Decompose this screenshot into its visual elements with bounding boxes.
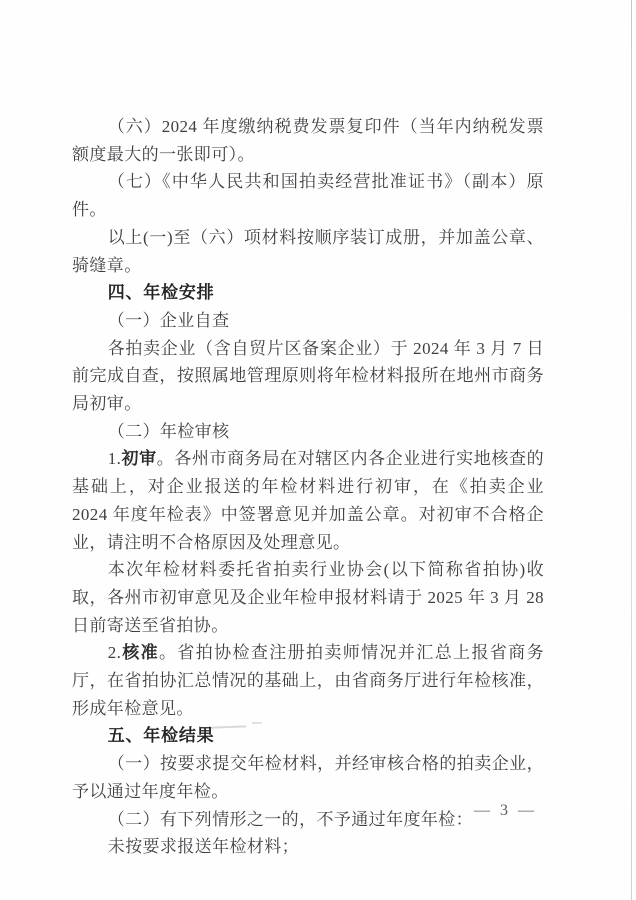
paragraph-binding-note: 以上(一)至（六）项材料按顺序装订成册，并加盖公章、骑缝章。 (72, 224, 544, 279)
item-emphasis: 初审 (121, 449, 156, 468)
section-heading-4: 四、年检安排 (72, 279, 544, 307)
paragraph-fail-item: 未按要求报送年检材料； (72, 833, 544, 861)
scan-artifact-mark (252, 722, 262, 724)
item-number: 1. (108, 449, 122, 468)
paragraph-self-check: 各拍卖企业（含自贸片区备案企业）于 2024 年 3 月 7 日前完成自查，按照… (72, 335, 544, 418)
subheading-enterprise-self-check: （一）企业自查 (72, 307, 544, 335)
page-edge-line (631, 0, 632, 900)
paragraph-approval: 2.核准。省拍协检查注册拍卖师情况并汇总上报省商务厅，在省拍协汇总情况的基础上，… (72, 639, 544, 722)
subheading-annual-review: （二）年检审核 (72, 418, 544, 446)
paragraph-item-6: （六）2024 年度缴纳税费发票复印件（当年内纳税发票额度最大的一张即可）。 (72, 113, 544, 168)
paragraph-initial-review: 1.初审。各州市商务局在对辖区内各企业进行实地核查的基础上，对企业报送的年检材料… (72, 445, 544, 556)
paragraph-item-7: （七）《中华人民共和国拍卖经营批准证书》（副本）原件。 (72, 168, 544, 223)
document-content: （六）2024 年度缴纳税费发票复印件（当年内纳税发票额度最大的一张即可）。 （… (72, 113, 544, 861)
section-heading-5: 五、年检结果 (72, 722, 544, 750)
paragraph-pass-condition: （一）按要求提交年检材料，并经审核合格的拍卖企业，予以通过年度年检。 (72, 750, 544, 805)
paragraph-material-collection: 本次年检材料委托省拍卖行业协会(以下简称省拍协)收取，各州市初审意见及企业年检申… (72, 556, 544, 639)
document-page: （六）2024 年度缴纳税费发票复印件（当年内纳税发票额度最大的一张即可）。 （… (0, 0, 636, 900)
item-number: 2. (108, 643, 122, 662)
item-emphasis: 核准 (121, 643, 159, 662)
page-number: — 3 — (474, 802, 537, 820)
